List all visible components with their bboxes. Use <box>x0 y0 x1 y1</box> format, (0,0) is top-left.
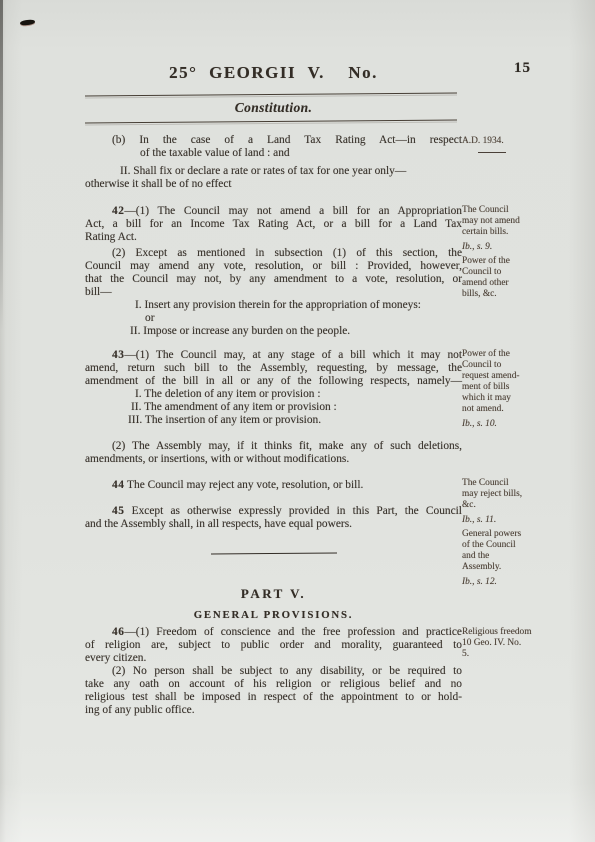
sidenote-line: Council to <box>462 360 558 371</box>
section-42-line: that the Council may not, by any amendme… <box>85 273 462 286</box>
sidenote-line: not amend. <box>462 404 558 415</box>
section-45-number: 45 <box>112 505 124 517</box>
running-title: Constitution. <box>85 100 462 116</box>
section-42-item-2: II. Impose or increase any burden on the… <box>85 325 462 338</box>
sidenote-section-42: The Council may not amend certain bills.… <box>462 205 558 300</box>
sidenote-line: certain bills. <box>462 227 558 238</box>
scan-bottom-light-band <box>0 782 595 842</box>
sidenote-line: request amend- <box>462 371 558 382</box>
section-42-items: I. Insert any provision therein for the … <box>85 299 462 338</box>
sidenote-date-rule <box>478 152 506 153</box>
section-46-text: —(1) Freedom of conscience and the free … <box>124 626 462 638</box>
section-43-number: 43 <box>112 349 124 361</box>
section-46-line: (2) No person shall be subject to any di… <box>85 665 462 678</box>
section-44-number: 44 <box>112 479 124 491</box>
clause-b-line: of the taxable value of land : and <box>85 147 462 160</box>
sidenote-line: The Council <box>462 205 558 216</box>
section-46-subsection-2: (2) No person shall be subject to any di… <box>85 665 462 717</box>
sidenote-date: A.D. 1934. <box>462 136 558 147</box>
sidenote-line: may not amend <box>462 216 558 227</box>
section-42-line: Council may amend any vote, resolution, … <box>85 260 462 273</box>
scan-ink-speck <box>20 19 35 26</box>
sidenote-line: which it may <box>462 393 558 404</box>
header-rule-top <box>85 93 457 97</box>
section-44-line: 44 The Council may reject any vote, reso… <box>85 479 462 492</box>
section-44-text: The Council may reject any vote, resolut… <box>127 479 363 491</box>
section-42-number: 42 <box>112 205 124 217</box>
sidenote-line: bills, &c. <box>462 289 558 300</box>
page-header-title: 25° GEORGII V. No. <box>85 63 462 83</box>
section-46-line: religious test shall be imposed in respe… <box>85 691 462 704</box>
section-42-line: 42—(1) The Council may not amend a bill … <box>85 205 462 218</box>
sidenote-section-43: Power of the Council to request amend- m… <box>462 349 558 433</box>
sidenote-line: General powers <box>462 529 558 540</box>
sidenote-line: 10 Geo. IV. No. <box>462 638 558 649</box>
sidenote-citation: Ib., s. 12. <box>462 577 558 588</box>
section-42-line: Rating Act. <box>85 231 462 244</box>
section-42-item-1-or: or <box>85 312 462 325</box>
sidenote-line: ment of bills <box>462 382 558 393</box>
sidenote-section-46: Religious freedom 10 Geo. IV. No. 5. <box>462 627 558 660</box>
sidenote-ad-1934: A.D. 1934. <box>462 136 558 153</box>
scan-edge-shadow <box>0 0 3 330</box>
section-42-item-1: I. Insert any provision therein for the … <box>85 299 462 312</box>
section-46-line: every citizen. <box>85 652 462 665</box>
part-v-heading: PART V. <box>85 587 462 601</box>
sidenote-citation: Ib., s. 11. <box>462 515 558 526</box>
sidenote-citation: Ib., s. 10. <box>462 419 558 430</box>
sidenote-line: 5. <box>462 649 558 660</box>
section-44: 44 The Council may reject any vote, reso… <box>85 479 462 492</box>
clause-ii-line: otherwise it shall be of no effect <box>85 178 462 191</box>
section-46-line: take any oath on account of his religion… <box>85 678 462 691</box>
section-42-line: Act, a bill for an Income Tax Rating Act… <box>85 218 462 231</box>
sidenote-sections-44-45: The Council may reject bills, &c. Ib., s… <box>462 478 558 591</box>
section-43-line: amendments, or insertions, with or witho… <box>85 453 462 466</box>
section-42-line: (2) Except as mentioned in subsection (1… <box>85 247 462 260</box>
page-number: 15 <box>514 60 531 77</box>
sidenote-line: Religious freedom <box>462 627 558 638</box>
sidenote-line: of the Council <box>462 540 558 551</box>
section-45-line: and the Assembly shall, in all respects,… <box>85 518 462 531</box>
section-46-line: of religion are, subject to public order… <box>85 639 462 652</box>
section-42-text: —(1) The Council may not amend a bill fo… <box>124 205 462 217</box>
sidenote-line: The Council <box>462 478 558 489</box>
sidenote-line: and the <box>462 551 558 562</box>
clause-b-line: (b) In the case of a Land Tax Rating Act… <box>85 134 462 147</box>
section-43-line: (2) The Assembly may, if it thinks fit, … <box>85 440 462 453</box>
sidenote-line: Power of the <box>462 349 558 360</box>
section-43-item-1: I. The deletion of any item or provision… <box>85 388 462 401</box>
sidenote-line: &c. <box>462 500 558 511</box>
section-42-subsection-2: (2) Except as mentioned in subsection (1… <box>85 247 462 299</box>
sidenote-line: Assembly. <box>462 562 558 573</box>
section-45-text: Except as otherwise expressly provided i… <box>132 505 462 517</box>
clause-b: (b) In the case of a Land Tax Rating Act… <box>85 134 462 160</box>
section-42-line: bill— <box>85 286 462 299</box>
section-divider-rule <box>210 553 336 555</box>
header-rule-bottom <box>85 120 457 124</box>
general-provisions-heading: GENERAL PROVISIONS. <box>85 609 462 621</box>
main-text-column: (b) In the case of a Land Tax Rating Act… <box>85 134 462 717</box>
sidenote-line: amend other <box>462 278 558 289</box>
section-43-text: —(1) The Council may, at any stage of a … <box>124 349 462 361</box>
section-46-number: 46 <box>112 626 124 638</box>
sidenote-line: Council to <box>462 267 558 278</box>
sidenote-line: may reject bills, <box>462 489 558 500</box>
section-45-line: 45 Except as otherwise expressly provide… <box>85 505 462 518</box>
section-46-subsection-1: 46—(1) Freedom of conscience and the fre… <box>85 626 462 665</box>
section-46-line: 46—(1) Freedom of conscience and the fre… <box>85 626 462 639</box>
section-45: 45 Except as otherwise expressly provide… <box>85 505 462 531</box>
scanned-document-page: 25° GEORGII V. No. 15 Constitution. (b) … <box>0 0 595 842</box>
section-43-items: I. The deletion of any item or provision… <box>85 388 462 427</box>
section-43-line: amendment of the bill in all or any of t… <box>85 375 462 388</box>
section-46-line: ing of any public office. <box>85 704 462 717</box>
section-43-subsection-2: (2) The Assembly may, if it thinks fit, … <box>85 440 462 466</box>
section-43-item-2: II. The amendment of any item or provisi… <box>85 401 462 414</box>
sidenote-line: Power of the <box>462 256 558 267</box>
section-42-subsection-1: 42—(1) The Council may not amend a bill … <box>85 205 462 244</box>
sidenote-citation: Ib., s. 9. <box>462 242 558 253</box>
section-43-line: amend, return such bill to the Assembly,… <box>85 362 462 375</box>
section-43-line: 43—(1) The Council may, at any stage of … <box>85 349 462 362</box>
section-43-subsection-1: 43—(1) The Council may, at any stage of … <box>85 349 462 388</box>
clause-ii-line: II. Shall fix or declare a rate or rates… <box>85 165 462 178</box>
section-43-item-3: III. The insertion of any item or provis… <box>85 414 462 427</box>
clause-ii: II. Shall fix or declare a rate or rates… <box>85 165 462 191</box>
